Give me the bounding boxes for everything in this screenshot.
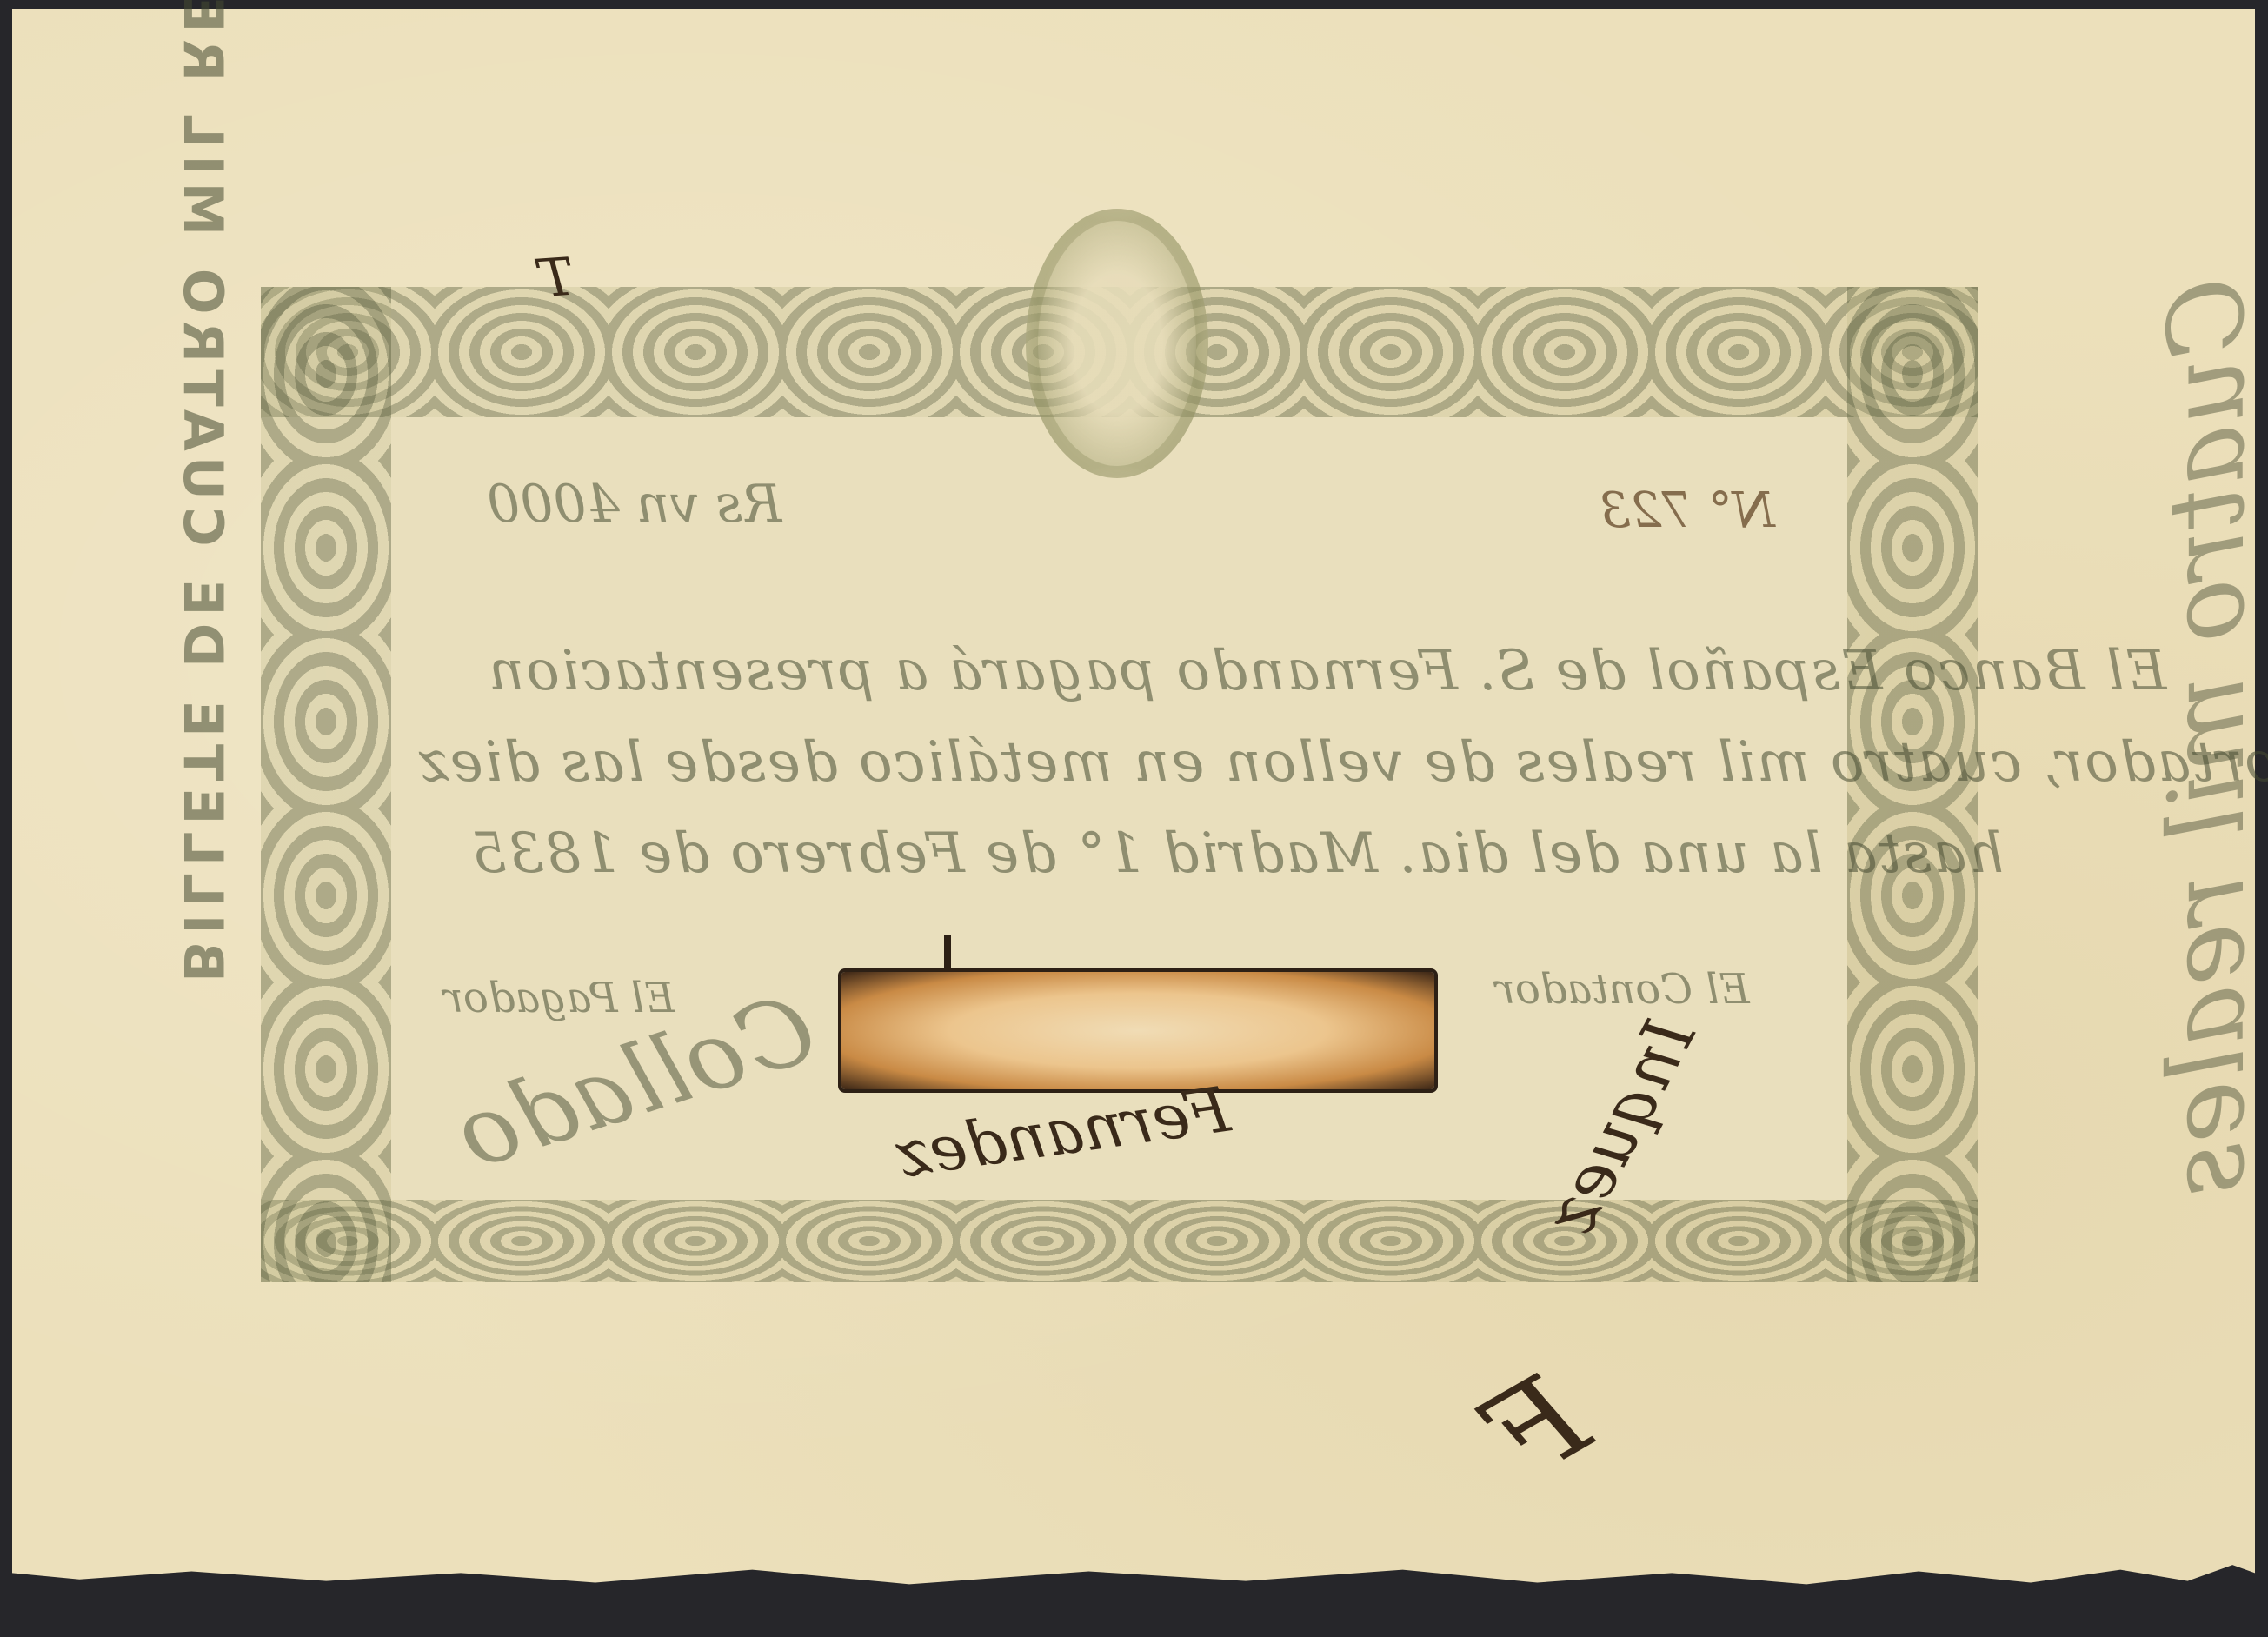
vertical-denomination-text: BILLETE DE CUATRO MIL REALES DE VELLON <box>171 0 235 982</box>
amount-value: Rs vn 4000 <box>487 474 781 535</box>
handshake-medallion-icon <box>1026 209 1208 478</box>
serial-value: N° 723 <box>1600 482 1775 539</box>
body-line-1-text: El Banco Español de S. Fernando pagará a… <box>487 639 2166 703</box>
body-line-1: El Banco Español de S. Fernando pagará a… <box>487 639 2166 703</box>
ink-mark-top: T <box>537 247 576 310</box>
label-pagador: El Pagador <box>443 974 675 1022</box>
label-pagador-text: El Pagador <box>443 974 675 1022</box>
amount-text: Rs vn 4000 <box>487 474 781 535</box>
serial-number: N° 723 <box>1600 482 1775 539</box>
ornamental-border-bottom <box>261 1200 1978 1282</box>
burn-drip <box>944 935 951 974</box>
label-contador-text: El Contador <box>1495 965 1750 1014</box>
body-line-3-text: hasta la una del dia. Madrid 1° de Febre… <box>469 822 2004 886</box>
ornamental-border-left <box>261 287 391 1282</box>
label-contador: El Contador <box>1495 965 1750 1014</box>
burned-cutout-box <box>841 972 1434 1089</box>
ink-mark-top-text: T <box>537 247 576 310</box>
body-line-2-text: al portador, cuatro mil reales de vellon… <box>417 730 2268 795</box>
body-line-2: al portador, cuatro mil reales de vellon… <box>417 730 2268 795</box>
body-line-3: hasta la una del dia. Madrid 1° de Febre… <box>469 822 2004 886</box>
